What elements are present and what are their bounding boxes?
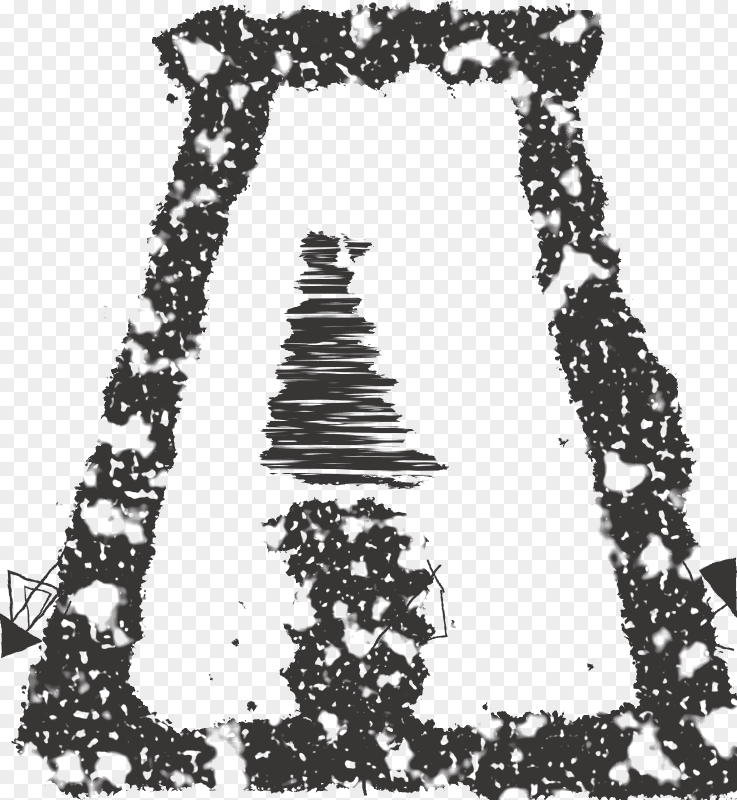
grunge-letter-a-artwork <box>0 0 737 800</box>
letter-right-leg <box>498 12 737 796</box>
ink-speck <box>397 3 403 9</box>
ink-speck <box>450 90 455 95</box>
ink-speck <box>202 668 210 676</box>
ink-speck <box>181 157 187 163</box>
ink-speck <box>553 437 559 443</box>
figure-vertical-line <box>363 750 364 795</box>
ink-speck <box>229 637 235 643</box>
ink-speck <box>94 300 99 305</box>
ink-speck <box>164 94 172 102</box>
ink-speck <box>380 92 385 97</box>
ink-speck <box>139 427 145 433</box>
ink-speck <box>477 697 483 703</box>
ink-speck <box>209 119 215 125</box>
ink-speck <box>238 598 243 603</box>
ink-speck <box>59 497 65 503</box>
tree-base-sweep-upper <box>254 459 446 473</box>
letter-left-leg <box>10 44 284 796</box>
ink-speck <box>129 517 135 523</box>
ink-speck <box>610 520 615 525</box>
center-short-line <box>428 558 443 592</box>
splatter-figure-group <box>256 496 429 757</box>
ink-speck <box>247 697 253 703</box>
ink-speck <box>520 140 525 145</box>
ink-speck <box>583 659 589 665</box>
splatter-figure <box>256 496 429 757</box>
brush-tree-cone <box>255 230 446 479</box>
brush-tree-cone-group <box>254 227 446 486</box>
tree-apex-flag-right <box>341 231 375 262</box>
ink-speck <box>237 1 243 7</box>
transparency-checkerboard <box>0 0 737 800</box>
ink-speck <box>454 620 459 625</box>
